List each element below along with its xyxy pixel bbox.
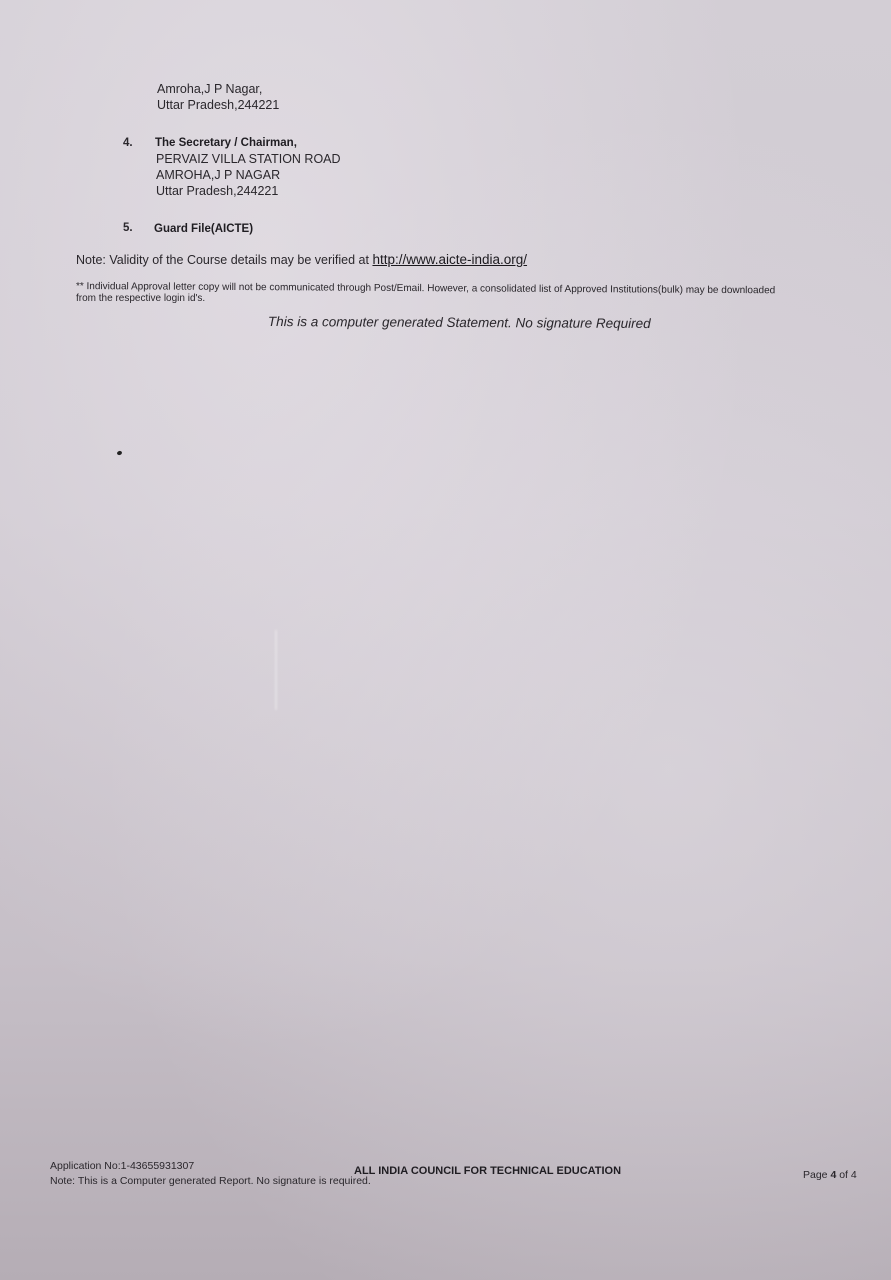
address-line-2: Uttar Pradesh,244221 — [157, 97, 279, 113]
recipient-4-line-1: PERVAIZ VILLA STATION ROAD — [156, 151, 341, 167]
disclaimer-line-2: from the respective login id's. — [76, 293, 205, 304]
footer-note: Note: This is a Computer generated Repor… — [50, 1175, 371, 1187]
page-total: 4 — [851, 1169, 857, 1181]
document-page: Amroha,J P Nagar, Uttar Pradesh,244221 4… — [0, 0, 891, 1280]
page-indicator: Page 4 of 4 — [803, 1169, 857, 1181]
validity-note: Note: Validity of the Course details may… — [76, 252, 527, 267]
address-line-1: Amroha,J P Nagar, — [157, 81, 262, 97]
paper-crease — [275, 630, 277, 710]
recipient-4-line-3: Uttar Pradesh,244221 — [156, 183, 278, 199]
computer-generated-statement: This is a computer generated Statement. … — [268, 314, 651, 331]
validity-note-text: Note: Validity of the Course details may… — [76, 253, 372, 267]
recipient-4-title: The Secretary / Chairman, — [155, 137, 297, 149]
footer-application-number: Application No:1-43655931307 — [50, 1160, 194, 1172]
aicte-website-link[interactable]: http://www.aicte-india.org/ — [372, 252, 527, 267]
ink-speck — [116, 450, 122, 455]
footer-organization: ALL INDIA COUNCIL FOR TECHNICAL EDUCATIO… — [354, 1165, 621, 1177]
recipient-4-line-2: AMROHA,J P NAGAR — [156, 167, 280, 183]
recipient-5-title: Guard File(AICTE) — [154, 223, 253, 235]
page-of: of — [836, 1169, 851, 1181]
page-prefix: Page — [803, 1169, 830, 1181]
recipient-5-number: 5. — [123, 222, 133, 234]
recipient-4-number: 4. — [123, 137, 133, 149]
